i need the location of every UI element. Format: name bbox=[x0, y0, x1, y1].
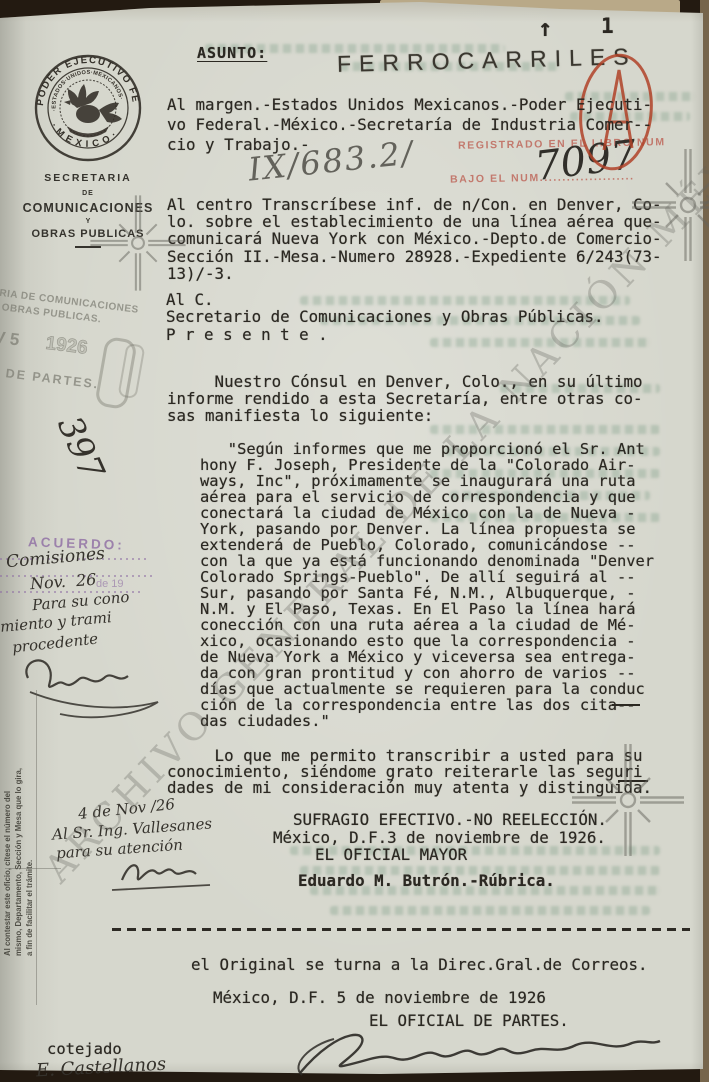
watermark-stars bbox=[0, 0, 709, 1082]
